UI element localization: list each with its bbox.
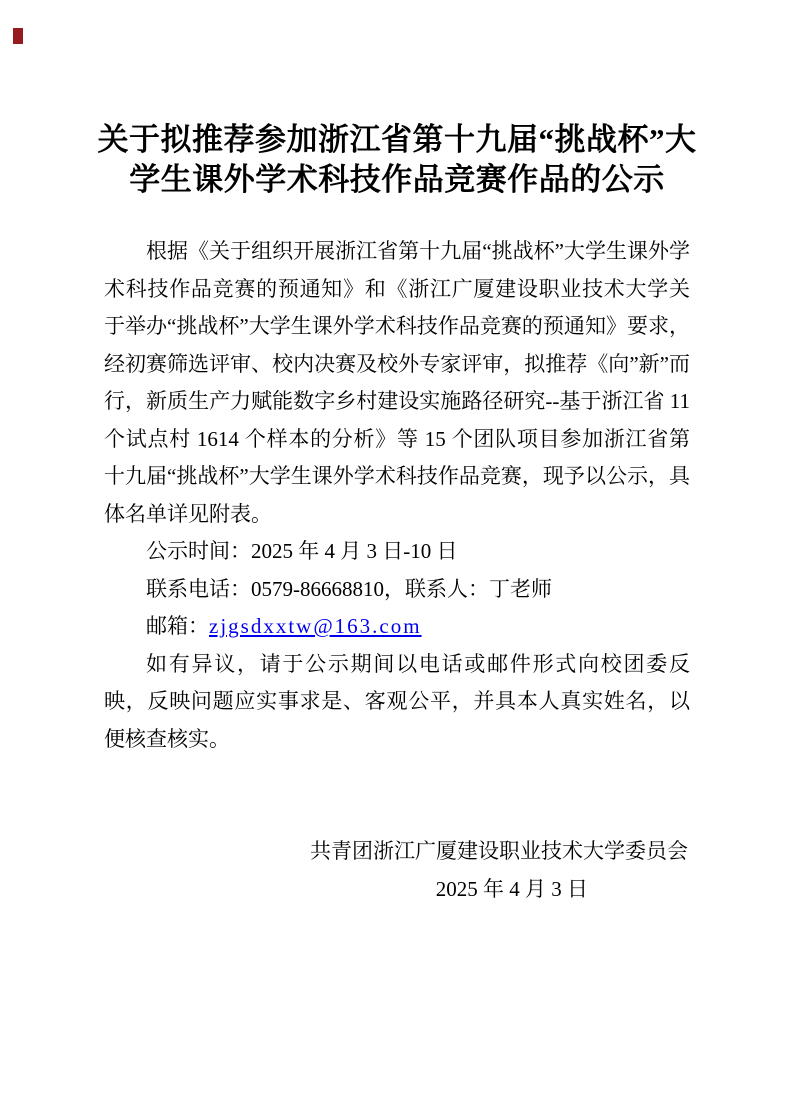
email-label: 邮箱： xyxy=(146,614,209,638)
email-link[interactable]: zjgsdxxtw@163.com xyxy=(209,614,422,638)
red-mark-artifact xyxy=(13,28,23,44)
publicity-period-line: 公示时间：2025 年 4 月 3 日-10 日 xyxy=(104,533,690,571)
signature-block: 共青团浙江广厦建设职业技术大学委员会 2025 年 4 月 3 日 xyxy=(104,833,690,908)
signature-date: 2025 年 4 月 3 日 xyxy=(104,871,690,909)
document-title: 关于拟推荐参加浙江省第十九届“挑战杯”大学生课外学术科技作品竞赛作品的公示 xyxy=(97,120,697,200)
intro-paragraph: 根据《关于组织开展浙江省第十九届“挑战杯”大学生课外学术科技作品竞赛的预通知》和… xyxy=(104,233,690,533)
objection-paragraph: 如有异议，请于公示期间以电话或邮件形式向校团委反映，反映问题应实事求是、客观公平… xyxy=(104,646,690,759)
contact-line: 联系电话：0579-86668810，联系人：丁老师 xyxy=(104,571,690,609)
document-body: 根据《关于组织开展浙江省第十九届“挑战杯”大学生课外学术科技作品竞赛的预通知》和… xyxy=(104,233,690,758)
email-line: 邮箱：zjgsdxxtw@163.com xyxy=(104,608,690,646)
document-page: 关于拟推荐参加浙江省第十九届“挑战杯”大学生课外学术科技作品竞赛作品的公示 根据… xyxy=(0,0,794,1108)
signature-organization: 共青团浙江广厦建设职业技术大学委员会 xyxy=(104,833,690,871)
